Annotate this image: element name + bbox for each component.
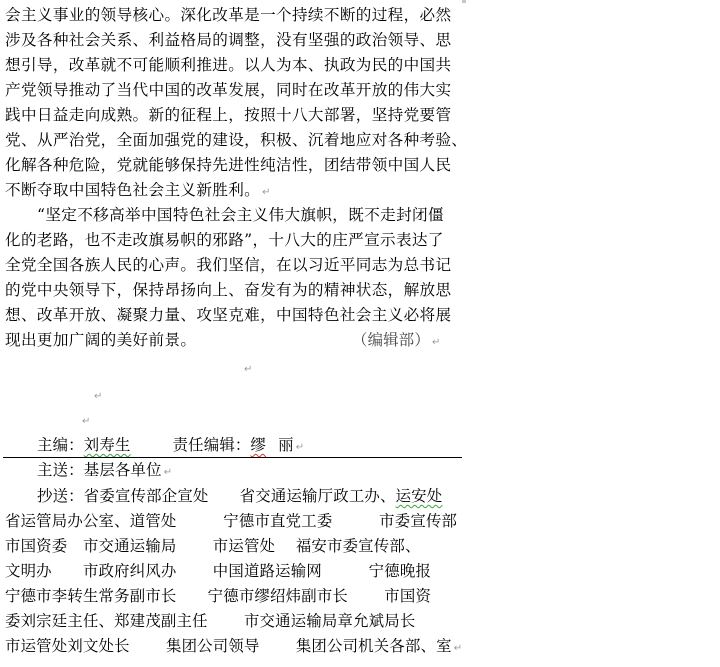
body-line-text: 不断夺取中国特色社会主义新胜利。 [5, 181, 260, 199]
paragraph-mark-icon: ↵ [432, 337, 441, 348]
body-line: 化的老路，也不走改旗易帜的邪路”，十八大的庄严宣示表达了 [5, 228, 444, 253]
paragraph-mark-icon: ↵ [262, 187, 271, 198]
body-line: 化解各种危险，党就能够保持先进性纯洁性，团结带领中国人民 [5, 153, 451, 178]
cc-line: 市国资委 市交通运输局 市运管处 福安市委宣传部、 [5, 534, 421, 559]
paragraph-mark-icon: ↵ [244, 364, 252, 375]
cc-line: 文明办 市政府纠风办 中国道路运输网 宁德晚报 [5, 559, 431, 584]
responsible-editor-label: 责任编辑： [173, 436, 251, 454]
body-line: 的党中央领导下，保持昂扬向上、奋发有为的精神状态，解放思 [5, 278, 451, 303]
body-line: 想引导，改革就不可能顺利推进。以人为本、执政为民的中国共 [5, 53, 451, 78]
paragraph-mark-icon: ↵ [454, 643, 463, 654]
cc-line: 市运管处刘文处长 集团公司领导 集团公司机关各部、室↵ [5, 634, 462, 659]
paragraph-mark-icon: ↵ [82, 416, 90, 427]
masthead-line: 主编：刘寿生责任编辑：缪丽↵ [37, 433, 304, 458]
paragraph-mark-icon: ↵ [164, 467, 173, 478]
body-line: 不断夺取中国特色社会主义新胜利。↵ [5, 178, 271, 203]
cc-line-text: 市运管处刘文处长 集团公司领导 集团公司机关各部、室 [5, 637, 452, 655]
body-line: 践中日益走向成熟。新的征程上，按照十八大部署，坚持党要管 [5, 103, 451, 128]
main-recipients-line: 主送：基层各单位↵ [37, 458, 172, 483]
paragraph-mark-icon: ↵ [94, 391, 102, 402]
body-line: 涉及各种社会关系、利益格局的调整，没有坚强的政治领导、思 [5, 28, 451, 53]
chief-editor-label: 主编： [37, 436, 84, 454]
body-line: “坚定不移高举中国特色社会主义伟大旗帜，既不走封闭僵 [37, 203, 444, 228]
body-line: 产党领导推动了当代中国的改革发展，同时在改革开放的伟大实 [5, 78, 451, 103]
cc-line: 委刘宗廷主任、郑建茂副主任 市交通运输局章允斌局长 [5, 609, 415, 634]
signature: （编辑部）↵ [352, 328, 441, 353]
signature-text: （编辑部） [352, 331, 430, 349]
body-line: 全党全国各族人民的心声。我们坚信，在以习近平同志为总书记 [5, 253, 451, 278]
chief-editor-name: 刘寿生 [84, 436, 131, 454]
paragraph-mark-icon: ↵ [296, 442, 305, 453]
body-line: 想、改革开放、凝聚力量、攻坚克难，中国特色社会主义必将展 [5, 303, 451, 328]
responsible-editor-name-1: 缪 [251, 436, 267, 454]
page-corner-marker [462, 0, 466, 3]
body-line: 会主义事业的领导核心。深化改革是一个持续不断的过程，必然 [5, 3, 451, 28]
main-recipients-label: 主送： [37, 461, 84, 479]
responsible-editor-name-2: 丽 [278, 436, 294, 454]
cc-line: 宁德市李转生常务副市长 宁德市缪绍炜副市长 市国资 [5, 584, 431, 609]
main-recipients-value: 基层各单位 [84, 461, 162, 479]
body-line: 党、从严治党，全面加强党的建设，积极、沉着地应对各种考验、 [5, 128, 467, 153]
cc-line: 抄送：省委宣传部企宣处 省交通运输厅政工办、运安处 [37, 484, 442, 509]
body-line: 现出更加广阔的美好前景。 [5, 328, 196, 353]
cc-line: 省运管局办公室、道管处 宁德市直党工委 市委宣传部 [5, 509, 457, 534]
cc-line-tail: 运安处 [396, 487, 443, 505]
cc-line-text: 抄送：省委宣传部企宣处 省交通运输厅政工办、 [37, 487, 396, 505]
